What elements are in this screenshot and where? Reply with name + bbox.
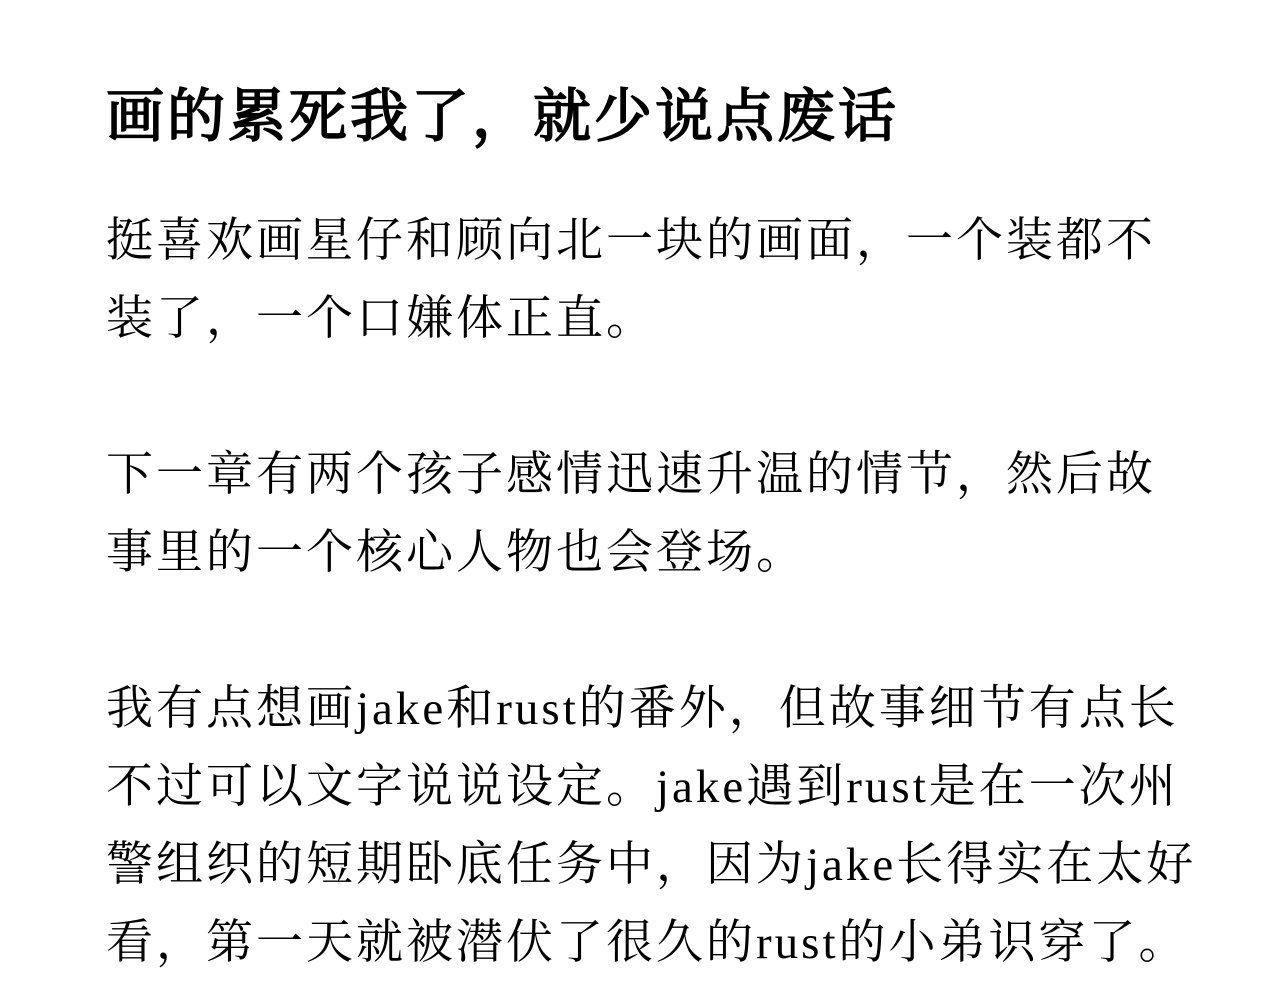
- paragraph-1-line-2: 装了，一个口嫌体正直。: [106, 280, 1280, 358]
- paragraph-3: 我有点想画jake和rust的番外，但故事细节有点长 不过可以文字说说设定。ja…: [106, 670, 1280, 982]
- paragraph-1-line-1: 挺喜欢画星仔和顾向北一块的画面，一个装都不: [106, 202, 1280, 280]
- paragraph-3-line-1: 我有点想画jake和rust的番外，但故事细节有点长: [106, 670, 1280, 748]
- paragraph-2-line-2: 事里的一个核心人物也会登场。: [106, 514, 1280, 592]
- document-page: 画的累死我了，就少说点废话 挺喜欢画星仔和顾向北一块的画面，一个装都不 装了，一…: [0, 0, 1280, 1000]
- page-title: 画的累死我了，就少说点废话: [106, 88, 1280, 146]
- paragraph-3-line-4: 看，第一天就被潜伏了很久的rust的小弟识穿了。: [106, 904, 1280, 982]
- paragraph-3-line-3: 警组织的短期卧底任务中，因为jake长得实在太好: [106, 826, 1280, 904]
- paragraph-2: 下一章有两个孩子感情迅速升温的情节，然后故 事里的一个核心人物也会登场。: [106, 436, 1280, 592]
- paragraph-2-line-1: 下一章有两个孩子感情迅速升温的情节，然后故: [106, 436, 1280, 514]
- paragraph-1: 挺喜欢画星仔和顾向北一块的画面，一个装都不 装了，一个口嫌体正直。: [106, 202, 1280, 358]
- paragraph-3-line-2: 不过可以文字说说设定。jake遇到rust是在一次州: [106, 748, 1280, 826]
